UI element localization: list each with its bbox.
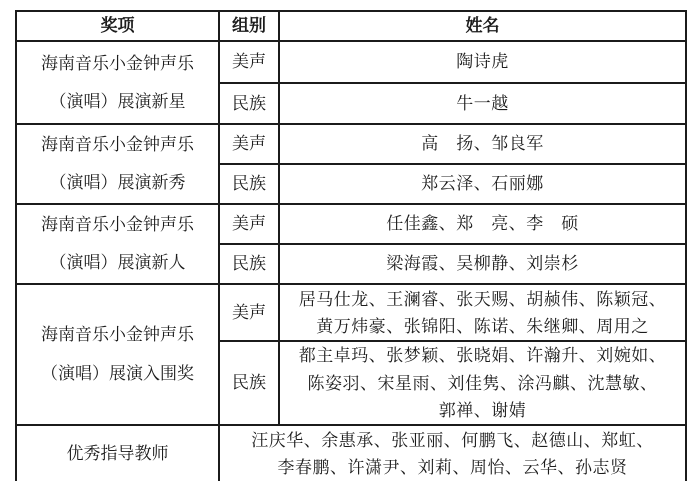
table-row: 海南音乐小金钟声乐 （演唱）展演入围奖 美声 居马仕龙、王澜睿、张天赐、胡赪伟、…: [16, 284, 686, 341]
names-line: 黄万炜豪、张锦阳、陈诺、朱继卿、周用之: [284, 313, 681, 340]
award-line: 海南音乐小金钟声乐: [21, 45, 214, 83]
names-cell: 居马仕龙、王澜睿、张天赐、胡赪伟、陈颖冠、 黄万炜豪、张锦阳、陈诺、朱继卿、周用…: [279, 284, 686, 341]
table-row: 优秀指导教师 汪庆华、余惠承、张亚丽、何鹏飞、赵德山、郑虹、 李春鹏、许潇尹、刘…: [16, 425, 686, 481]
names-cell: 郑云泽、石丽娜: [279, 164, 686, 204]
award-line: 海南音乐小金钟声乐: [21, 206, 214, 244]
names-line: 都主卓玛、张梦颖、张晓娟、许瀚升、刘婉如、: [284, 342, 681, 369]
header-cell-names: 姓名: [279, 11, 686, 41]
header-row: 奖项 组别 姓名: [16, 11, 686, 41]
award-cell: 海南音乐小金钟声乐 （演唱）展演新秀: [16, 124, 219, 204]
names-line: 李春鹏、许潇尹、刘莉、周怡、云华、孙志贤: [224, 454, 681, 481]
award-line: 海南音乐小金钟声乐: [21, 126, 214, 164]
table-row: 海南音乐小金钟声乐 （演唱）展演新秀 美声 高 扬、邹良军: [16, 124, 686, 164]
group-cell: 民族: [219, 341, 279, 425]
table-row: 海南音乐小金钟声乐 （演唱）展演新人 美声 任佳鑫、郑 亮、李 硕: [16, 204, 686, 244]
award-cell: 优秀指导教师: [16, 425, 219, 481]
award-cell: 海南音乐小金钟声乐 （演唱）展演新星: [16, 41, 219, 124]
document-page: 奖项 组别 姓名 海南音乐小金钟声乐 （演唱）展演新星 美声 陶诗虎 民族 牛一…: [0, 0, 700, 481]
header-cell-award: 奖项: [16, 11, 219, 41]
award-line: 海南音乐小金钟声乐: [21, 316, 214, 354]
table-row: 海南音乐小金钟声乐 （演唱）展演新星 美声 陶诗虎: [16, 41, 686, 83]
group-cell: 美声: [219, 204, 279, 244]
group-cell: 美声: [219, 124, 279, 164]
award-cell: 海南音乐小金钟声乐 （演唱）展演入围奖: [16, 284, 219, 425]
award-cell: 海南音乐小金钟声乐 （演唱）展演新人: [16, 204, 219, 284]
names-line: 汪庆华、余惠承、张亚丽、何鹏飞、赵德山、郑虹、: [224, 427, 681, 454]
awards-table: 奖项 组别 姓名 海南音乐小金钟声乐 （演唱）展演新星 美声 陶诗虎 民族 牛一…: [15, 10, 687, 481]
group-cell: 民族: [219, 83, 279, 124]
group-cell: 民族: [219, 244, 279, 284]
group-cell: 美声: [219, 284, 279, 341]
award-line: （演唱）展演新秀: [21, 164, 214, 202]
names-cell: 牛一越: [279, 83, 686, 124]
group-cell: 民族: [219, 164, 279, 204]
names-cell: 汪庆华、余惠承、张亚丽、何鹏飞、赵德山、郑虹、 李春鹏、许潇尹、刘莉、周怡、云华…: [219, 425, 686, 481]
names-cell: 陶诗虎: [279, 41, 686, 83]
names-cell: 梁海霞、吴柳静、刘崇杉: [279, 244, 686, 284]
award-line: （演唱）展演入围奖: [21, 355, 214, 393]
names-cell: 高 扬、邹良军: [279, 124, 686, 164]
group-cell: 美声: [219, 41, 279, 83]
names-line: 陈姿羽、宋星雨、刘佳隽、涂冯麒、沈慧敏、: [284, 370, 681, 397]
award-line: （演唱）展演新人: [21, 244, 214, 282]
header-cell-group: 组别: [219, 11, 279, 41]
award-line: （演唱）展演新星: [21, 83, 214, 121]
names-line: 居马仕龙、王澜睿、张天赐、胡赪伟、陈颖冠、: [284, 286, 681, 313]
names-cell: 都主卓玛、张梦颖、张晓娟、许瀚升、刘婉如、 陈姿羽、宋星雨、刘佳隽、涂冯麒、沈慧…: [279, 341, 686, 425]
names-line: 郭禅、谢婧: [284, 397, 681, 424]
names-cell: 任佳鑫、郑 亮、李 硕: [279, 204, 686, 244]
